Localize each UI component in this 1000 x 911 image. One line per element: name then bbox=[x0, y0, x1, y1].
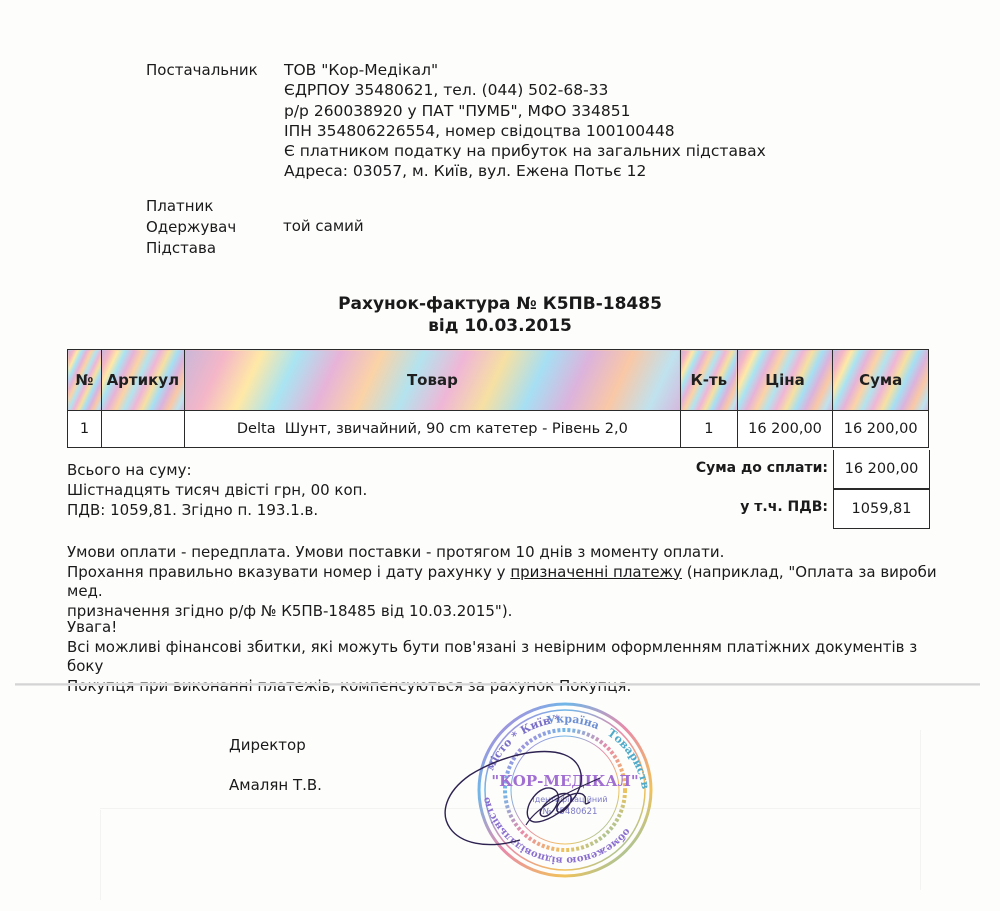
totals-text: Всього на суму: Шістнадцять тисяч двісті… bbox=[67, 460, 367, 520]
payment-terms: Умови оплати - передплата. Умови поставк… bbox=[67, 543, 947, 621]
payer-labels: Платник Одержувач Підстава bbox=[146, 196, 236, 259]
supplier-label: Постачальник bbox=[146, 60, 258, 80]
bleed-through-line bbox=[920, 730, 921, 890]
vat-note: ПДВ: 1059,81. Згідно п. 193.1.в. bbox=[67, 500, 367, 520]
cell-quantity: 1 bbox=[680, 411, 737, 448]
supplier-address: Адреса: 03057, м. Київ, вул. Ежена Потьє… bbox=[284, 161, 766, 181]
recipient-value: той самий bbox=[283, 217, 364, 235]
vat-label: у т.ч. ПДВ: bbox=[740, 499, 828, 515]
invoice-title-block: Рахунок-фактура № К5ПВ-18485 від 10.03.2… bbox=[0, 293, 1000, 337]
recipient-label: Одержувач bbox=[146, 217, 236, 238]
signatory-name: Амалян Т.В. bbox=[229, 776, 322, 794]
terms-line-1: Умови оплати - передплата. Умови поставк… bbox=[67, 543, 947, 563]
col-header-product: Товар bbox=[184, 350, 680, 411]
table-row: 1 Delta Шунт, звичайний, 90 cm катетер -… bbox=[68, 411, 929, 448]
supplier-company-name: ТОВ "Кор-Медікал" bbox=[284, 60, 766, 80]
supplier-bank-account: р/р 260038920 у ПАТ "ПУМБ", МФО 334851 bbox=[284, 101, 766, 121]
col-header-article: Артикул bbox=[101, 350, 184, 411]
invoice-date: від 10.03.2015 bbox=[0, 315, 1000, 337]
col-header-price: Ціна bbox=[737, 350, 833, 411]
col-header-quantity: К-ть bbox=[680, 350, 737, 411]
cell-article bbox=[101, 411, 184, 448]
items-table: № Артикул Товар К-ть Ціна Сума 1 Delta Ш… bbox=[67, 349, 929, 448]
terms-line-2: Прохання правильно вказувати номер і дат… bbox=[67, 563, 947, 602]
bleed-through-line bbox=[100, 810, 101, 900]
cell-product: Delta Шунт, звичайний, 90 cm катетер - Р… bbox=[184, 411, 680, 448]
total-in-words: Шістнадцять тисяч двісті грн, 00 коп. bbox=[67, 480, 367, 500]
warning-line-1: Всі можливі фінансові збитки, які можуть… bbox=[67, 638, 947, 677]
svg-text:"КОР-МЕДІКАЛ": "КОР-МЕДІКАЛ" bbox=[491, 772, 638, 790]
cell-number: 1 bbox=[68, 411, 102, 448]
company-stamp-icon: місто * Київ * Україна Товариство з "КОР… bbox=[430, 690, 660, 880]
basis-label: Підстава bbox=[146, 238, 236, 259]
col-header-number: № bbox=[68, 350, 102, 411]
cell-price: 16 200,00 bbox=[737, 411, 833, 448]
amount-due-value: 16 200,00 bbox=[833, 450, 930, 489]
svg-text:№ 35480621: № 35480621 bbox=[543, 807, 598, 817]
supplier-edrpou-phone: ЄДРПОУ 35480621, тел. (044) 502-68-33 bbox=[284, 80, 766, 100]
paper-fold-divider bbox=[15, 683, 980, 686]
vat-value: 1059,81 bbox=[833, 489, 930, 529]
warning-title: Увага! bbox=[67, 618, 947, 638]
terms-underlined-text: призначенні платежу bbox=[510, 563, 682, 581]
amount-due-label: Сума до сплати: bbox=[696, 460, 828, 476]
table-header-row: № Артикул Товар К-ть Ціна Сума bbox=[68, 350, 929, 411]
payer-label: Платник bbox=[146, 196, 236, 217]
total-label: Всього на суму: bbox=[67, 460, 367, 480]
supplier-tax-id: ІПН 354806226554, номер свідоцтва 100100… bbox=[284, 121, 766, 141]
signatory-role: Директор bbox=[229, 736, 306, 754]
cell-sum: 16 200,00 bbox=[833, 411, 929, 448]
supplier-details: ТОВ "Кор-Медікал" ЄДРПОУ 35480621, тел. … bbox=[284, 60, 766, 182]
invoice-title: Рахунок-фактура № К5ПВ-18485 bbox=[0, 293, 1000, 315]
terms-line-2-prefix: Прохання правильно вказувати номер і дат… bbox=[67, 563, 510, 581]
supplier-tax-status: Є платником податку на прибуток на загал… bbox=[284, 141, 766, 161]
col-header-sum: Сума bbox=[833, 350, 929, 411]
